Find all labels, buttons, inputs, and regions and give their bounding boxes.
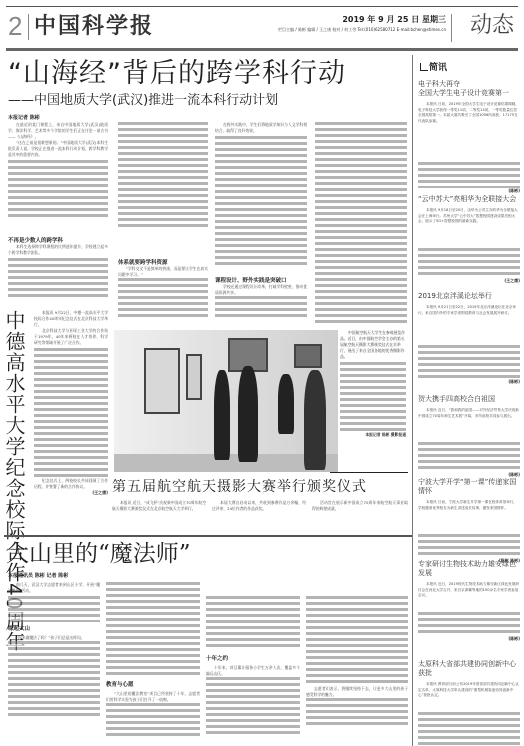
brief-headline: 专家研讨生物技术助力雄安绿色发展 xyxy=(418,560,520,578)
person-silhouette xyxy=(214,370,230,460)
briefs-label: 简讯 xyxy=(420,60,447,73)
text-block xyxy=(106,703,200,739)
text-block xyxy=(215,296,307,320)
text-block xyxy=(118,122,208,230)
text-block xyxy=(418,612,520,636)
paragraph: 十年来，项目累计服务小学生万余人次，覆盖多个偏远山区。 xyxy=(206,665,300,677)
bottom-story-column-1: 前几天，武汉大学志愿者来到山区小学，开展“魔法教室”活动。 缘起大山 “你来做魔… xyxy=(8,582,100,742)
bottom-story-headline[interactable]: 大山里的“魔法师” xyxy=(6,540,191,568)
briefs-label-text: 简讯 xyxy=(429,63,447,73)
main-subhead-2: 体系就要跨学科资源 xyxy=(118,258,168,266)
text-block xyxy=(315,122,407,324)
main-story-column-3: 在野外实践中，学生们将地质学知识与人文学科相结合，取得了良好效果。 xyxy=(215,122,307,272)
paragraph: “大山里的魔法教室”项目已经坚持了十年，志愿者们用科学实验为孩子们打开了一扇窗。 xyxy=(106,691,200,703)
text-block xyxy=(8,160,108,220)
main-byline: 本报记者 陈彬 xyxy=(8,114,40,121)
paragraph: “学科交叉不是简单的拼凑，而是要让学生在真实问题中学习。” xyxy=(118,266,208,278)
paragraph: 前几天，武汉大学志愿者来到山区小学，开展“魔法教室”活动。 xyxy=(8,582,100,594)
brief-item-2[interactable]: “云中苏大”亮相华为全联接大会 本报讯 9月18日至20日，由华为公司主办的华为… xyxy=(418,195,520,284)
brief-item-3[interactable]: 2019北京泮溪论坛举行 本报讯 9月21日至22日，2019年北京泮溪论坛在北… xyxy=(418,292,520,385)
brief-body: 本报讯 近日，“我和我的祖国——对外经济贸易大学庆祝新中国成立70周年师生艺术展… xyxy=(418,408,520,442)
brief-body: 本报讯 9月21日至22日，2019年北京泮溪论坛在北京举行。来自国内外的专家学… xyxy=(418,305,520,345)
text-block xyxy=(418,248,520,278)
photo-story-column-1: 本报讯 近日，“成飞杯”庆祝新中国成立70周年航空航天摄影大赛颁奖仪式在北京航空… xyxy=(112,500,206,532)
side-story-body: 本报讯 9月22日，中德一流高水平大学校际合作40周年纪念仪式在北京科技大学举行… xyxy=(34,310,108,530)
paragraph: 志愿者们表示，将继续坚持下去，让更多大山里的孩子感受科学的魅力。 xyxy=(306,686,408,698)
brief-item-4[interactable]: 贺大携手四高校合白祖国 本报讯 近日，“我和我的祖国——对外经济贸易大学庆祝新中… xyxy=(418,395,520,478)
brief-body: 本报讯 9月18日至20日，由华为公司主办的华为全联接大会在上海举行。苏州大学“… xyxy=(418,208,520,248)
exhibition-photo[interactable] xyxy=(114,330,338,472)
bottom-subhead-1: 缘起大山 xyxy=(8,626,100,632)
brief-body: 本报讯 日前，宁波大学新生开学第一课在校体育馆举行，学校邀请优秀校友为新生讲述成… xyxy=(418,500,520,534)
text-block xyxy=(34,348,108,478)
paragraph: “这在之前是很难想象的。”中国地质大学(武汉)本科生院负责人说，学校正在推进一流… xyxy=(8,140,108,158)
source-tag: (陈彬) xyxy=(508,188,520,194)
paragraph: 在野外实践中，学生们将地质学知识与人文学科相结合，取得了良好效果。 xyxy=(215,122,307,134)
text-block xyxy=(206,596,300,650)
brief-headline: 贺大携手四高校合白祖国 xyxy=(418,395,520,404)
text-block xyxy=(8,258,108,298)
person-silhouette xyxy=(238,366,258,462)
text-block xyxy=(215,136,307,266)
photo-frame xyxy=(144,348,180,414)
editor-credits: 栏目主编 / 陈彬 编辑 / 王之康 校对 / 何工劳 Tel:(010)625… xyxy=(278,27,446,33)
section-divider xyxy=(451,14,452,42)
paper-name-logo: 中国科学报 xyxy=(34,12,154,40)
text-block xyxy=(306,698,408,728)
bottom-subhead-3: 十年之约 xyxy=(206,656,300,662)
brief-item-6[interactable]: 专家研讨生物技术助力雄安绿色发展 本报讯 近日，2019现代生物技术助力雄安新区… xyxy=(418,560,520,642)
paragraph: 本报讯 近日，“成飞杯”庆祝新中国成立70周年航空航天摄影大赛颁奖仪式在北京航空… xyxy=(112,500,206,512)
photo-frame xyxy=(186,354,202,400)
bottom-story-column-3: 十年之约 十年来，项目累计服务小学生万余人次，覆盖多个偏远山区。 xyxy=(206,596,300,742)
paragraph: 北京科技大学与亚琛工业大学的合作始于1979年，40年来两校在人才培养、科学研究… xyxy=(34,328,108,346)
bottom-story-column-2: 教育与心愿 “大山里的魔法教室”项目已经坚持了十年，志愿者们用科学实验为孩子们打… xyxy=(106,582,200,742)
masthead-divider xyxy=(28,14,29,40)
main-subheadline: ——中国地质大学(武汉)推进一流本科行动计划 xyxy=(8,93,278,109)
masthead-bottom-rule xyxy=(6,48,518,51)
brief-headline: 2019北京泮溪论坛举行 xyxy=(418,292,520,301)
main-subhead-3: 课程设计、野外实践是突破口 xyxy=(215,276,287,284)
brief-item-7[interactable]: 太原科大省部共建协同创新中心获批 本报讯 教育部日前公布2019年度省部共建协同… xyxy=(418,660,520,746)
paragraph: 本报讯 9月22日，中德一流高水平大学校际合作40周年纪念仪式在北京科技大学举行… xyxy=(34,310,108,328)
paragraph: 本届大赛自启动以来，共收到参赛作品万余幅，经过评审，24位作者的作品获奖。 xyxy=(212,500,306,512)
external-link-icon xyxy=(420,63,428,71)
text-block xyxy=(418,345,520,379)
text-block xyxy=(418,712,520,746)
masthead-top-rule xyxy=(6,6,518,7)
bottom-story-byline: 本报通讯员 陈彬 记者 陈彬 xyxy=(8,572,68,579)
photo-story-column-3: 活动旨在展示新中国成立70周年来航空航天事业取得的辉煌成就。 xyxy=(312,500,408,532)
text-block xyxy=(306,596,408,686)
text-block xyxy=(8,596,100,622)
brief-body: 本报讯 近日，2019现代生物技术助力雄安新区绿色发展研讨会在河北大学召开，来自… xyxy=(418,582,520,612)
section-name: 动态 xyxy=(470,12,514,40)
main-headline[interactable]: “山海经”背后的跨学科行动 xyxy=(8,58,346,90)
text-block xyxy=(206,677,300,737)
issue-date: 2019 年 9 月 25 日 星期三 xyxy=(342,14,446,25)
paragraph: 本科生选择跨学科课程的比例逐年提升，学校建立起多个跨学科教学团队。 xyxy=(8,244,108,256)
brief-headline: 太原科大省部共建协同创新中心获批 xyxy=(418,660,520,678)
caption-rule xyxy=(330,472,408,473)
bottom-story-column-4: 志愿者们表示，将继续坚持下去，让更多大山里的孩子感受科学的魅力。 xyxy=(306,596,408,742)
main-subhead-1: 不再是少数人的跨学科 xyxy=(8,236,63,244)
section-rule xyxy=(4,535,412,537)
paragraph: 纪念仪式上，两校校长共同回顾了合作历程，并签署了新的合作协议。 xyxy=(34,478,108,490)
text-block xyxy=(418,534,520,558)
main-story-column-2 xyxy=(118,122,208,230)
brief-headline: 电子科大再夺 xyxy=(418,80,520,89)
brief-body: 本报讯 日前，2019年全国大学生电子设计竞赛结果揭晓，电子科技大学获得一等奖1… xyxy=(418,102,520,162)
text-block xyxy=(418,442,520,472)
brief-item-5[interactable]: 宁波大学开学“第一课”传递家国情怀 本报讯 日前，宁波大学新生开学第一课在校体育… xyxy=(418,478,520,564)
main-story-column-1: 在最近的某门课程上，来自中国地质大学(武汉)地质学、海洋科学、艺术等多个学院的学… xyxy=(8,122,108,232)
source-tag: (陈彬) xyxy=(508,636,520,642)
photo-story-column-2: 本届大赛自启动以来，共收到参赛作品万余幅，经过评审，24位作者的作品获奖。 xyxy=(212,500,306,532)
paragraph: 学校还通过课程设计改革，打破学科壁垒，推动优质资源共享。 xyxy=(215,284,307,296)
main-story-column-4 xyxy=(315,122,407,324)
source-tag: (陈彬) xyxy=(508,379,520,385)
photo-credit: 本报记者 陈彬 摄影报道 xyxy=(340,432,406,438)
brief-item-1[interactable]: 电子科大再夺 全国大学生电子设计竞赛第一 本报讯 日前，2019年全国大学生电子… xyxy=(418,80,520,194)
paragraph: 在最近的某门课程上，来自中国地质大学(武汉)地质学、海洋科学、艺术等多个学院的学… xyxy=(8,122,108,140)
brief-headline: “云中苏大”亮相华为全联接大会 xyxy=(418,195,520,204)
main-story-column-1b: 本科生选择跨学科课程的比例逐年提升，学校建立起多个跨学科教学团队。 xyxy=(8,244,108,302)
brief-body: 本报讯 教育部日前公布2019年度省部共建协同创新中心认定名单，太原科技大学牵头… xyxy=(418,682,520,712)
photo-frame xyxy=(294,344,322,368)
bottom-subhead-2: 教育与心愿 xyxy=(106,682,200,688)
brief-headline: 宁波大学开学“第一课”传递家国情怀 xyxy=(418,478,520,496)
photo-story-headline[interactable]: 第五届航空航天摄影大赛举行颁奖仪式 xyxy=(112,478,367,496)
photo-caption: 中国航空航天大学生在参观展览作品。近日，由中国航空学会主办的第五届航空航天摄影大… xyxy=(340,330,406,472)
text-block xyxy=(118,278,208,318)
text-block xyxy=(418,162,520,188)
person-silhouette xyxy=(278,374,294,434)
paragraph: 活动旨在展示新中国成立70周年来航空航天事业取得的辉煌成就。 xyxy=(312,500,408,512)
main-story-column-3b: 学校还通过课程设计改革，打破学科壁垒，推动优质资源共享。 xyxy=(215,284,307,324)
text-block xyxy=(106,582,200,678)
caption-text: 中国航空航天大学生在参观展览作品。近日，由中国航空学会主办的第五届航空航天摄影大… xyxy=(340,330,406,360)
source-tag: (王之康) xyxy=(92,490,108,496)
text-block xyxy=(8,641,100,719)
page-number: 2 xyxy=(8,12,22,40)
text-block xyxy=(340,362,406,432)
source-tag: (王之康) xyxy=(504,278,520,284)
main-story-column-2b: “学科交叉不是简单的拼凑，而是要让学生在真实问题中学习。” xyxy=(118,266,208,324)
brief-headline: 全国大学生电子设计竞赛第一 xyxy=(418,89,520,98)
person-silhouette xyxy=(304,370,326,470)
